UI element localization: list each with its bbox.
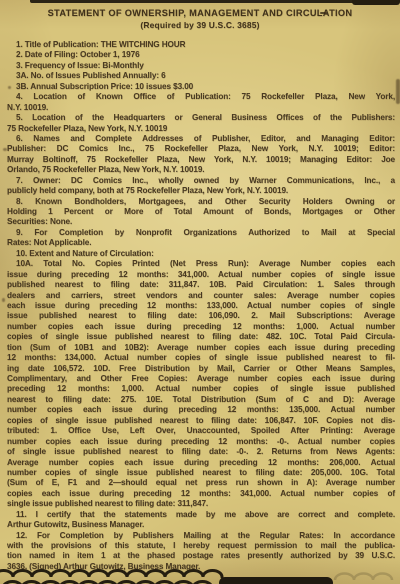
statement-line: Holding 1 Percent or More of Total Amoun… xyxy=(7,207,395,217)
statement-line: ing date 106,572. 10D. Free Distribution… xyxy=(7,364,395,374)
statement-line: preceding 12 months: 1,000. Actual numbe… xyxy=(7,384,395,394)
statement-line: 8. Known Bondholders, Mortgagees, and Ot… xyxy=(7,197,395,207)
statement-line: 9. For Completion by Nonprofit Organizat… xyxy=(7,228,395,238)
bottom-black-bar xyxy=(219,577,333,584)
statement-title: STATEMENT OF OWNERSHIP, MANAGEMENT AND C… xyxy=(0,8,400,18)
scan-smudge xyxy=(396,79,400,104)
statement-line: 6. Names and Complete Addresses of Publi… xyxy=(7,134,395,144)
statement-line: 3A. No. of Issues Published Annually: 6 xyxy=(7,71,395,81)
statement-line: Publisher: DC Comics Inc., 75 Rockefelle… xyxy=(7,144,395,154)
statement-line: Average number copies each issue during … xyxy=(7,458,395,468)
statement-line: number copies of single issue published … xyxy=(7,468,395,478)
statement-line: copies each issue during preceding 12 mo… xyxy=(7,489,395,499)
statement-line: issue published nearest to filing date: … xyxy=(7,311,395,321)
statement-line: Rates: Not Applicable. xyxy=(7,238,395,248)
statement-line: of single issue published nearest to fil… xyxy=(7,447,395,457)
statement-line: nearest to filing date: 275. 10E. Total … xyxy=(7,395,395,405)
statement-line: number copies each issue during precedin… xyxy=(7,405,395,415)
statement-line: Arthur Gutowitz, Business Manager. xyxy=(7,520,395,530)
statement-line: 3. Frequency of Issue: Bi-Monthly xyxy=(7,61,395,71)
top-panel-border xyxy=(30,0,400,3)
statement-line: 4. Location of Known Office of Publicati… xyxy=(7,92,395,102)
statement-line: tributed: 1. Office Use, Left Over, Unac… xyxy=(7,426,395,436)
statement-line: number copies each issue during precedin… xyxy=(7,322,395,332)
statement-line: number copies each issue during precedin… xyxy=(7,437,395,447)
statement-line: 10. Extent and Nature of Circulation: xyxy=(7,249,395,259)
scallop-wave-upper xyxy=(0,571,222,578)
statement-line: 1. Title of Publication: THE WITCHING HO… xyxy=(7,40,395,50)
statement-line: tion (Sum of 10B1 and 10B2): Average num… xyxy=(7,343,395,353)
statement-line: 3B. Annual Subscription Price: 10 issues… xyxy=(7,82,395,92)
statement-line: with the provisions of this statute, I h… xyxy=(7,541,395,551)
statement-line: 11. I certify that the statements made b… xyxy=(7,510,395,520)
ownership-statement-page: STATEMENT OF OWNERSHIP, MANAGEMENT AND C… xyxy=(0,0,400,584)
statement-line: Orlando, 75 Rockefeller Plaza, New York,… xyxy=(7,165,395,175)
statement-line: Murray Boltinoff, 75 Rockefeller Plaza, … xyxy=(7,155,395,165)
statement-line: copies of single issue published nearest… xyxy=(7,332,395,342)
bottom-scalloped-panel-border xyxy=(0,566,400,584)
scallop-wave-faint-right xyxy=(335,574,392,581)
statement-line: Complimentary, and Other Free Copies: Av… xyxy=(7,374,395,384)
statement-line: 2. Date of Filing: October 1, 1976 xyxy=(7,50,395,60)
statement-header: STATEMENT OF OWNERSHIP, MANAGEMENT AND C… xyxy=(0,8,400,30)
top-panel-border-right xyxy=(352,0,400,5)
statement-line: dealers and carriers, street vendors and… xyxy=(7,291,395,301)
scan-speck xyxy=(3,148,7,151)
statement-line: single issue published nearest to filing… xyxy=(7,499,395,509)
statement-line: (Sum of E, F1 and 2—should equal net pre… xyxy=(7,478,395,488)
statement-line: published nearest to filing date: 311,84… xyxy=(7,280,395,290)
statement-line: each issue during preceding 12 months: 1… xyxy=(7,301,395,311)
statement-line: copies of single issue published nearest… xyxy=(7,416,395,426)
scan-speck xyxy=(2,298,5,302)
statement-subtitle: (Required by 39 U.S.C. 3685) xyxy=(0,20,400,30)
statement-line: 5. Location of the Headquarters or Gener… xyxy=(7,113,395,123)
statement-line: N.Y. 10019. xyxy=(7,103,395,113)
statement-line: Securities: None. xyxy=(7,217,395,227)
statement-line: 75 Rockefeller Plaza, New York, N.Y. 100… xyxy=(7,124,395,134)
statement-line: tion named in item 1 at the phased posta… xyxy=(7,551,395,561)
statement-line: 12 months: 134,000. Actual number copies… xyxy=(7,353,395,363)
statement-line: publicly held company, both at 75 Rockef… xyxy=(7,186,395,196)
statement-line: 7. Owner: DC Comics Inc., wholly owned b… xyxy=(7,176,395,186)
statement-line: 12. For Completion by Publishers Mailing… xyxy=(7,531,395,541)
statement-line: 10A. Total No. Copies Printed (Net Press… xyxy=(7,259,395,269)
statement-body: 1. Title of Publication: THE WITCHING HO… xyxy=(7,40,395,572)
scan-speck xyxy=(8,86,11,89)
statement-line: issue during preceding 12 months: 341,00… xyxy=(7,270,395,280)
